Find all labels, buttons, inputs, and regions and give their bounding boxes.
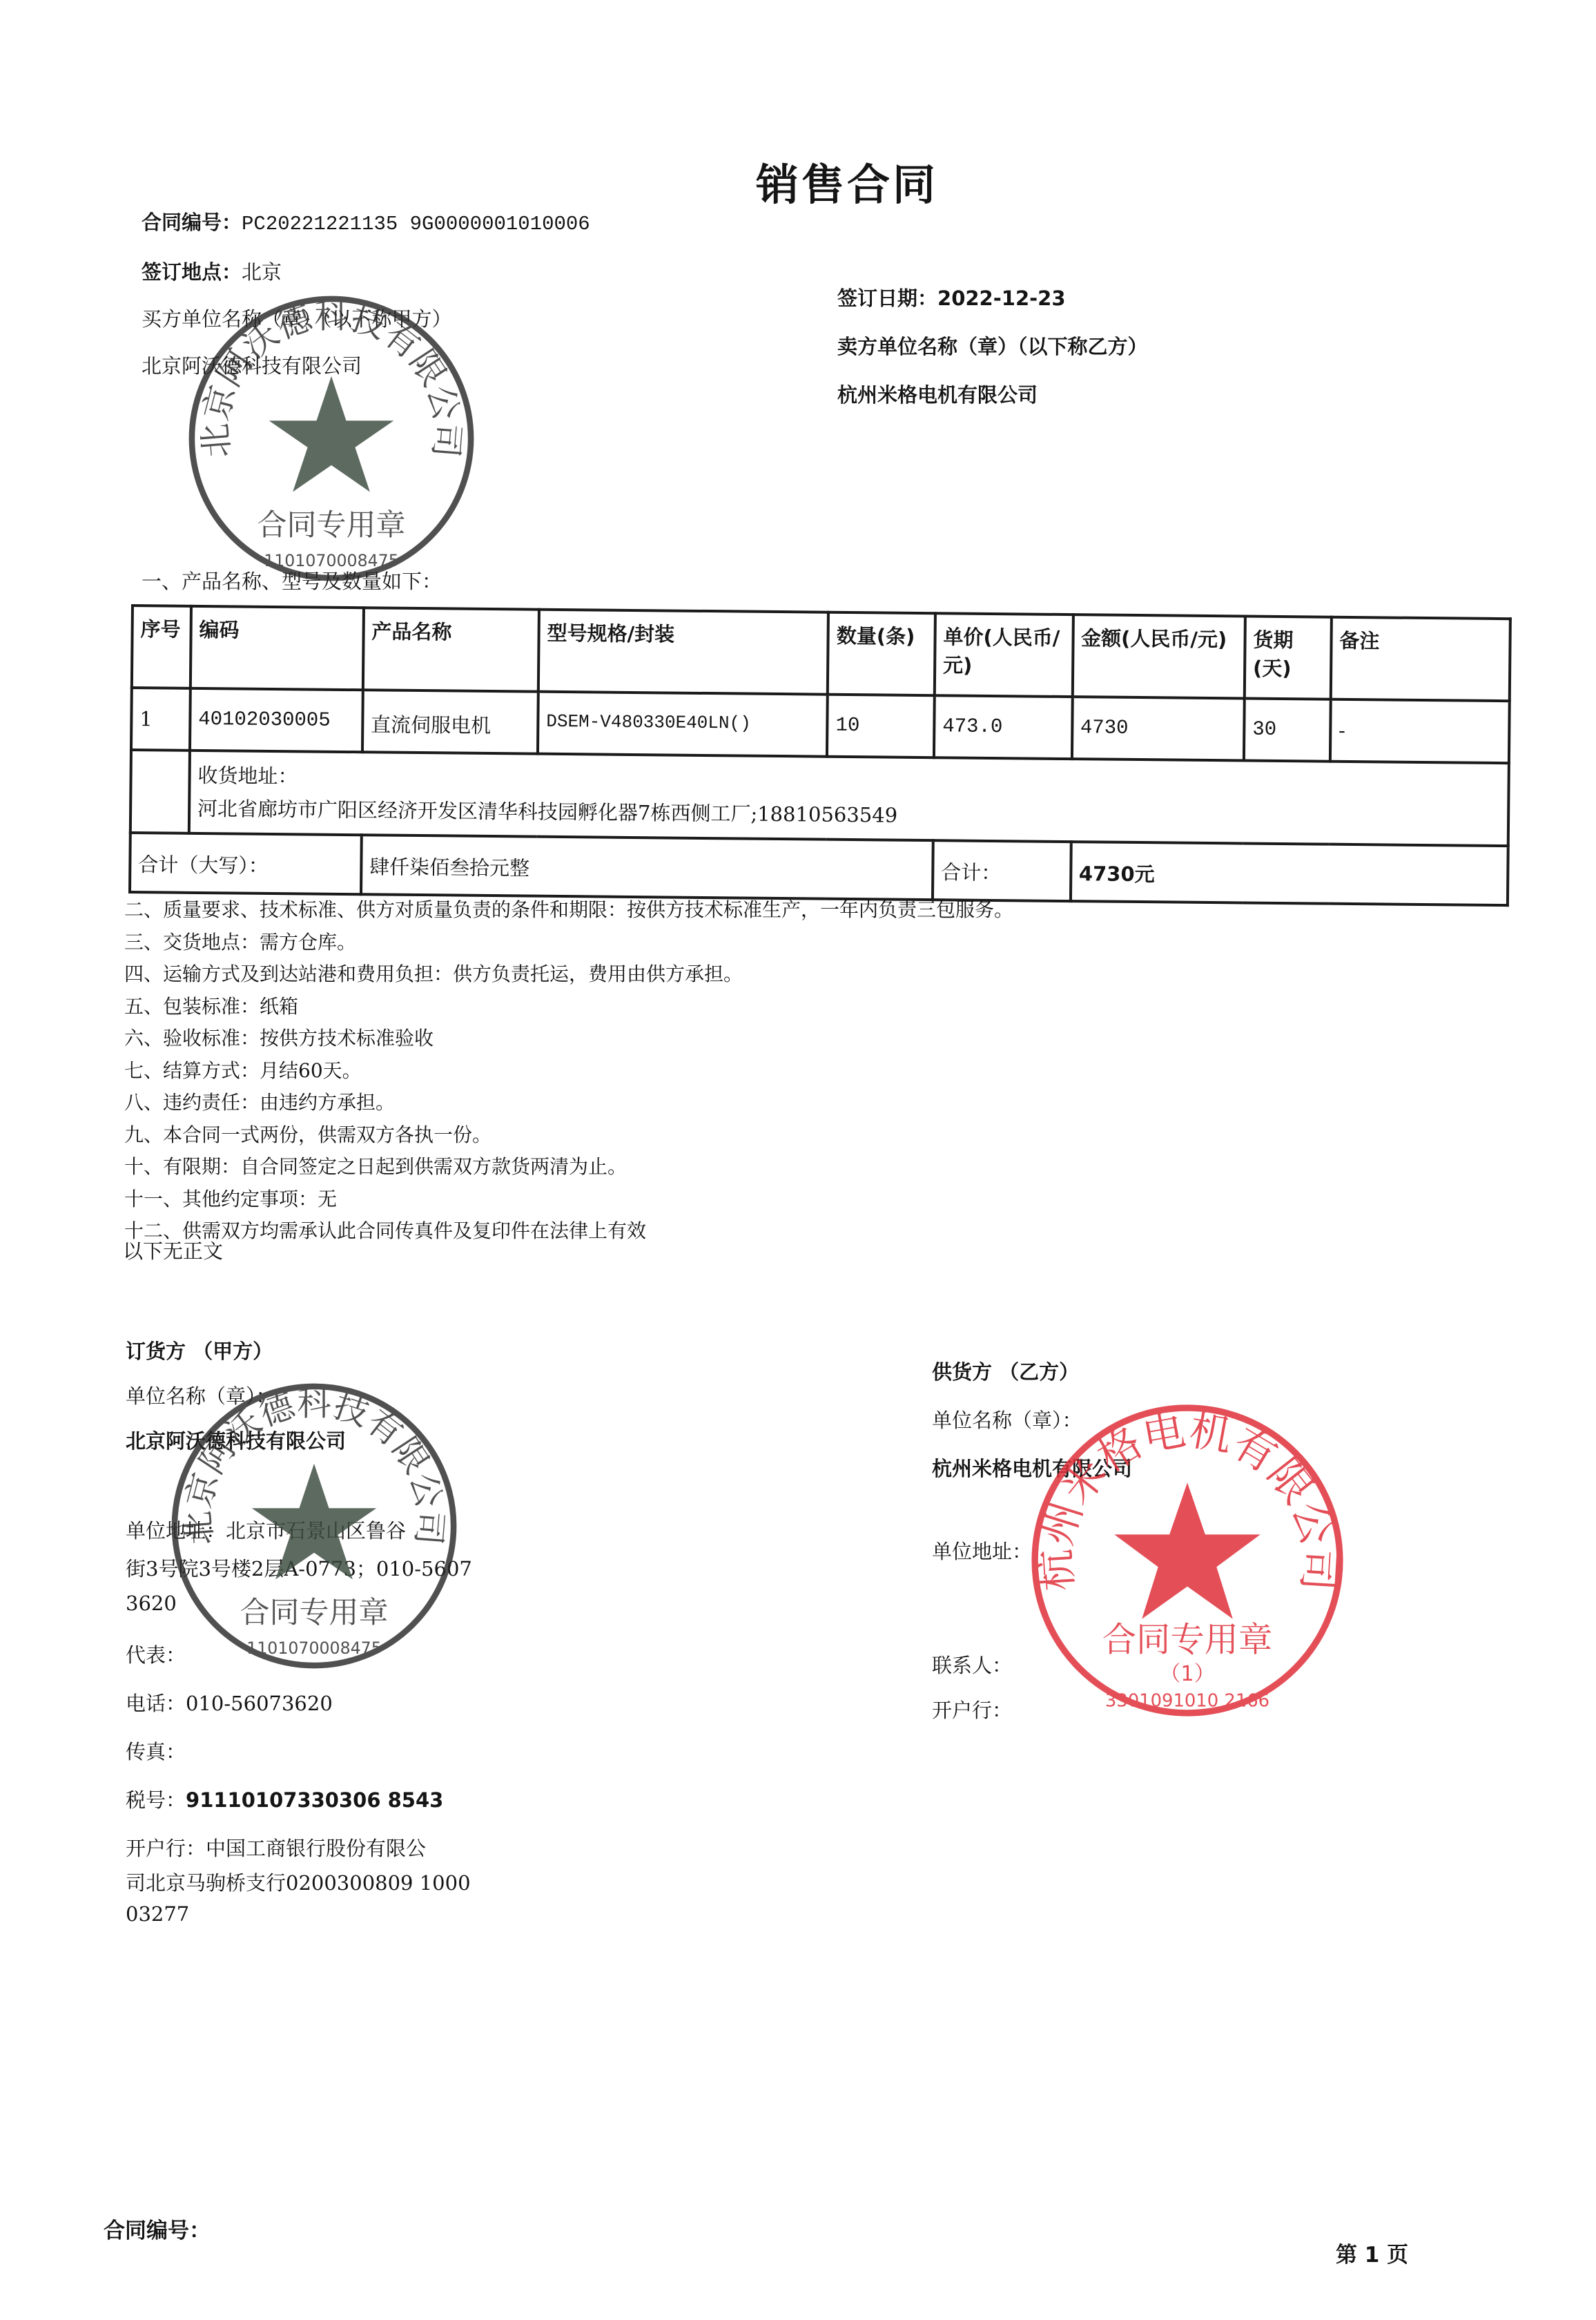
buyer-seal-top: 北京阿沃德科技有限公司 合同专用章 1101070008475 [169,290,494,587]
clause-11: 十一、其他约定事项：无 [124,1183,1013,1216]
clause-2: 二、质量要求、技术标准、供方对质量负责的条件和期限：按供方技术标准生产，一年内负… [124,894,1013,927]
party-b-bank-label: 开户行： [932,1695,1012,1723]
party-a-phone: 电话：010-56073620 [126,1688,333,1717]
party-b-contact-label: 联系人： [932,1650,1012,1679]
cell-amount: 4730 [1071,697,1244,760]
col-header-amount: 金额(人民币/元) [1072,615,1245,698]
contract-number: 合同编号：PC20221221135 9G0000001010006 [142,207,590,235]
party-a-fax-label: 传真： [126,1737,186,1765]
party-a-phone-value: 010-56073620 [186,1692,333,1715]
table-header-row: 序号 编码 产品名称 型号规格/封装 数量(条) 单价(人民币/元) 金额(人民… [132,606,1510,701]
product-table: 序号 编码 产品名称 型号规格/封装 数量(条) 单价(人民币/元) 金额(人民… [128,604,1512,907]
clause-5: 五、包装标准：纸箱 [124,991,1013,1023]
svg-text:（1）: （1） [1160,1662,1216,1686]
total-value: 4730元 [1070,842,1508,905]
col-header-index: 序号 [132,606,191,688]
cell-index: 1 [131,688,191,751]
delivery-address-row: 收货地址： 河北省廊坊市广阳区经济开发区清华科技园孵化器7栋西侧工厂;18810… [130,750,1509,846]
buyer-seal-bottom: 北京阿沃德科技有限公司 合同专用章 1101070008475 [162,1377,466,1674]
col-header-name: 产品名称 [363,608,539,691]
cell-name: 直流伺服电机 [362,690,538,753]
svg-text:合同专用章: 合同专用章 [240,1596,389,1630]
sign-place-value: 北京 [242,260,282,284]
party-a-bank-line2: 司北京马驹桥支行0200300809 1000 [126,1868,471,1896]
cell-remark: - [1330,699,1510,763]
contract-number-value: PC20221221135 9G0000001010006 [242,213,590,235]
clause-8: 八、违约责任：由违约方承担。 [124,1087,1013,1119]
svg-text:3301091010 2166: 3301091010 2166 [1105,1691,1269,1712]
cell-lead-time: 30 [1244,698,1331,761]
col-header-lead-time: 货期(天) [1245,616,1332,699]
total-label: 合计： [933,840,1071,901]
delivery-address-cell: 收货地址： 河北省廊坊市广阳区经济开发区清华科技园孵化器7栋西侧工厂;18810… [189,751,1509,846]
company-seal-icon: 北京阿沃德科技有限公司 合同专用章 1101070008475 [169,290,494,587]
page-number: 第 1 页 [1336,2237,1408,2268]
party-a-phone-label: 电话： [126,1692,186,1715]
party-a-bank-line3: 03277 [126,1902,189,1926]
col-header-remark: 备注 [1331,617,1510,701]
clause-7: 七、结算方式：月结60天。 [124,1055,1013,1087]
party-a-tax-value: 91110107330306 8543 [186,1788,443,1812]
clause-9: 九、本合同一式两份，供需双方各执一份。 [124,1119,1013,1152]
cell-model: DSEM-V480330E40LN() [538,692,828,757]
clause-10: 十、有限期：自合同签定之日起到供需双方款货两清为止。 [124,1151,1013,1183]
svg-text:合同专用章: 合同专用章 [1102,1620,1273,1660]
svg-text:1101070008475: 1101070008475 [264,551,399,570]
contract-clauses: 二、质量要求、技术标准、供方对质量负责的条件和期限：按供方技术标准生产，一年内负… [124,894,1013,1248]
company-seal-icon: 北京阿沃德科技有限公司 合同专用章 1101070008475 [162,1377,466,1674]
col-header-code: 编码 [191,606,364,690]
clause-12: 十二、供需双方均需承认此合同传真件及复印件在法律上有效 [124,1215,1013,1248]
sign-date-value: 2022-12-23 [937,287,1066,310]
sign-place: 签订地点：北京 [142,257,282,285]
cell-unit-price: 473.0 [934,695,1072,759]
end-note: 以下无正文 [123,1236,223,1264]
seller-seal: 杭州米格电机有限公司 合同专用章 （1） 3301091010 2166 [1022,1398,1353,1723]
party-a-bank-line1: 中国工商银行股份有限公 [206,1837,426,1860]
document-title: 销售合同 [756,151,938,212]
svg-text:合同专用章: 合同专用章 [257,508,406,543]
party-a-tax: 税号：91110107330306 8543 [126,1785,443,1813]
party-a-bank: 开户行：中国工商银行股份有限公 [126,1833,426,1862]
col-header-qty: 数量(条) [828,612,935,695]
col-header-unit-price: 单价(人民币/元) [935,613,1073,697]
total-upper-value: 肆仟柒佰叁拾元整 [361,835,933,900]
cell-qty: 10 [827,695,935,757]
col-header-model: 型号规格/封装 [538,610,828,695]
company-seal-icon: 杭州米格电机有限公司 合同专用章 （1） 3301091010 2166 [1022,1398,1353,1723]
seller-label: 卖方单位名称（章）（以下称乙方） [837,331,1148,360]
party-a-tax-label: 税号： [126,1788,186,1812]
sign-date-label: 签订日期： [837,287,937,310]
party-a-bank-label: 开户行： [126,1837,206,1860]
contract-number-label: 合同编号： [142,211,242,234]
clause-4: 四、运输方式及到达站港和费用负担：供方负责托运，费用由供方承担。 [124,958,1013,991]
clause-6: 六、验收标准：按供方技术标准验收 [124,1023,1013,1055]
svg-text:1101070008475: 1101070008475 [246,1638,382,1658]
seller-name: 杭州米格电机有限公司 [837,380,1038,408]
footer-contract-number-label: 合同编号： [104,2213,211,2244]
sign-date: 签订日期：2022-12-23 [837,283,1066,311]
total-upper-label: 合计（大写）： [130,833,362,894]
party-a-heading: 订货方 （甲方） [126,1336,273,1364]
party-b-heading: 供货方 （乙方） [932,1357,1079,1385]
sign-place-label: 签订地点： [142,260,242,284]
clause-3: 三、交货地点：需方仓库。 [124,927,1013,959]
party-b-address-label: 单位地址： [932,1536,1032,1565]
cell-code: 40102030005 [190,688,363,752]
